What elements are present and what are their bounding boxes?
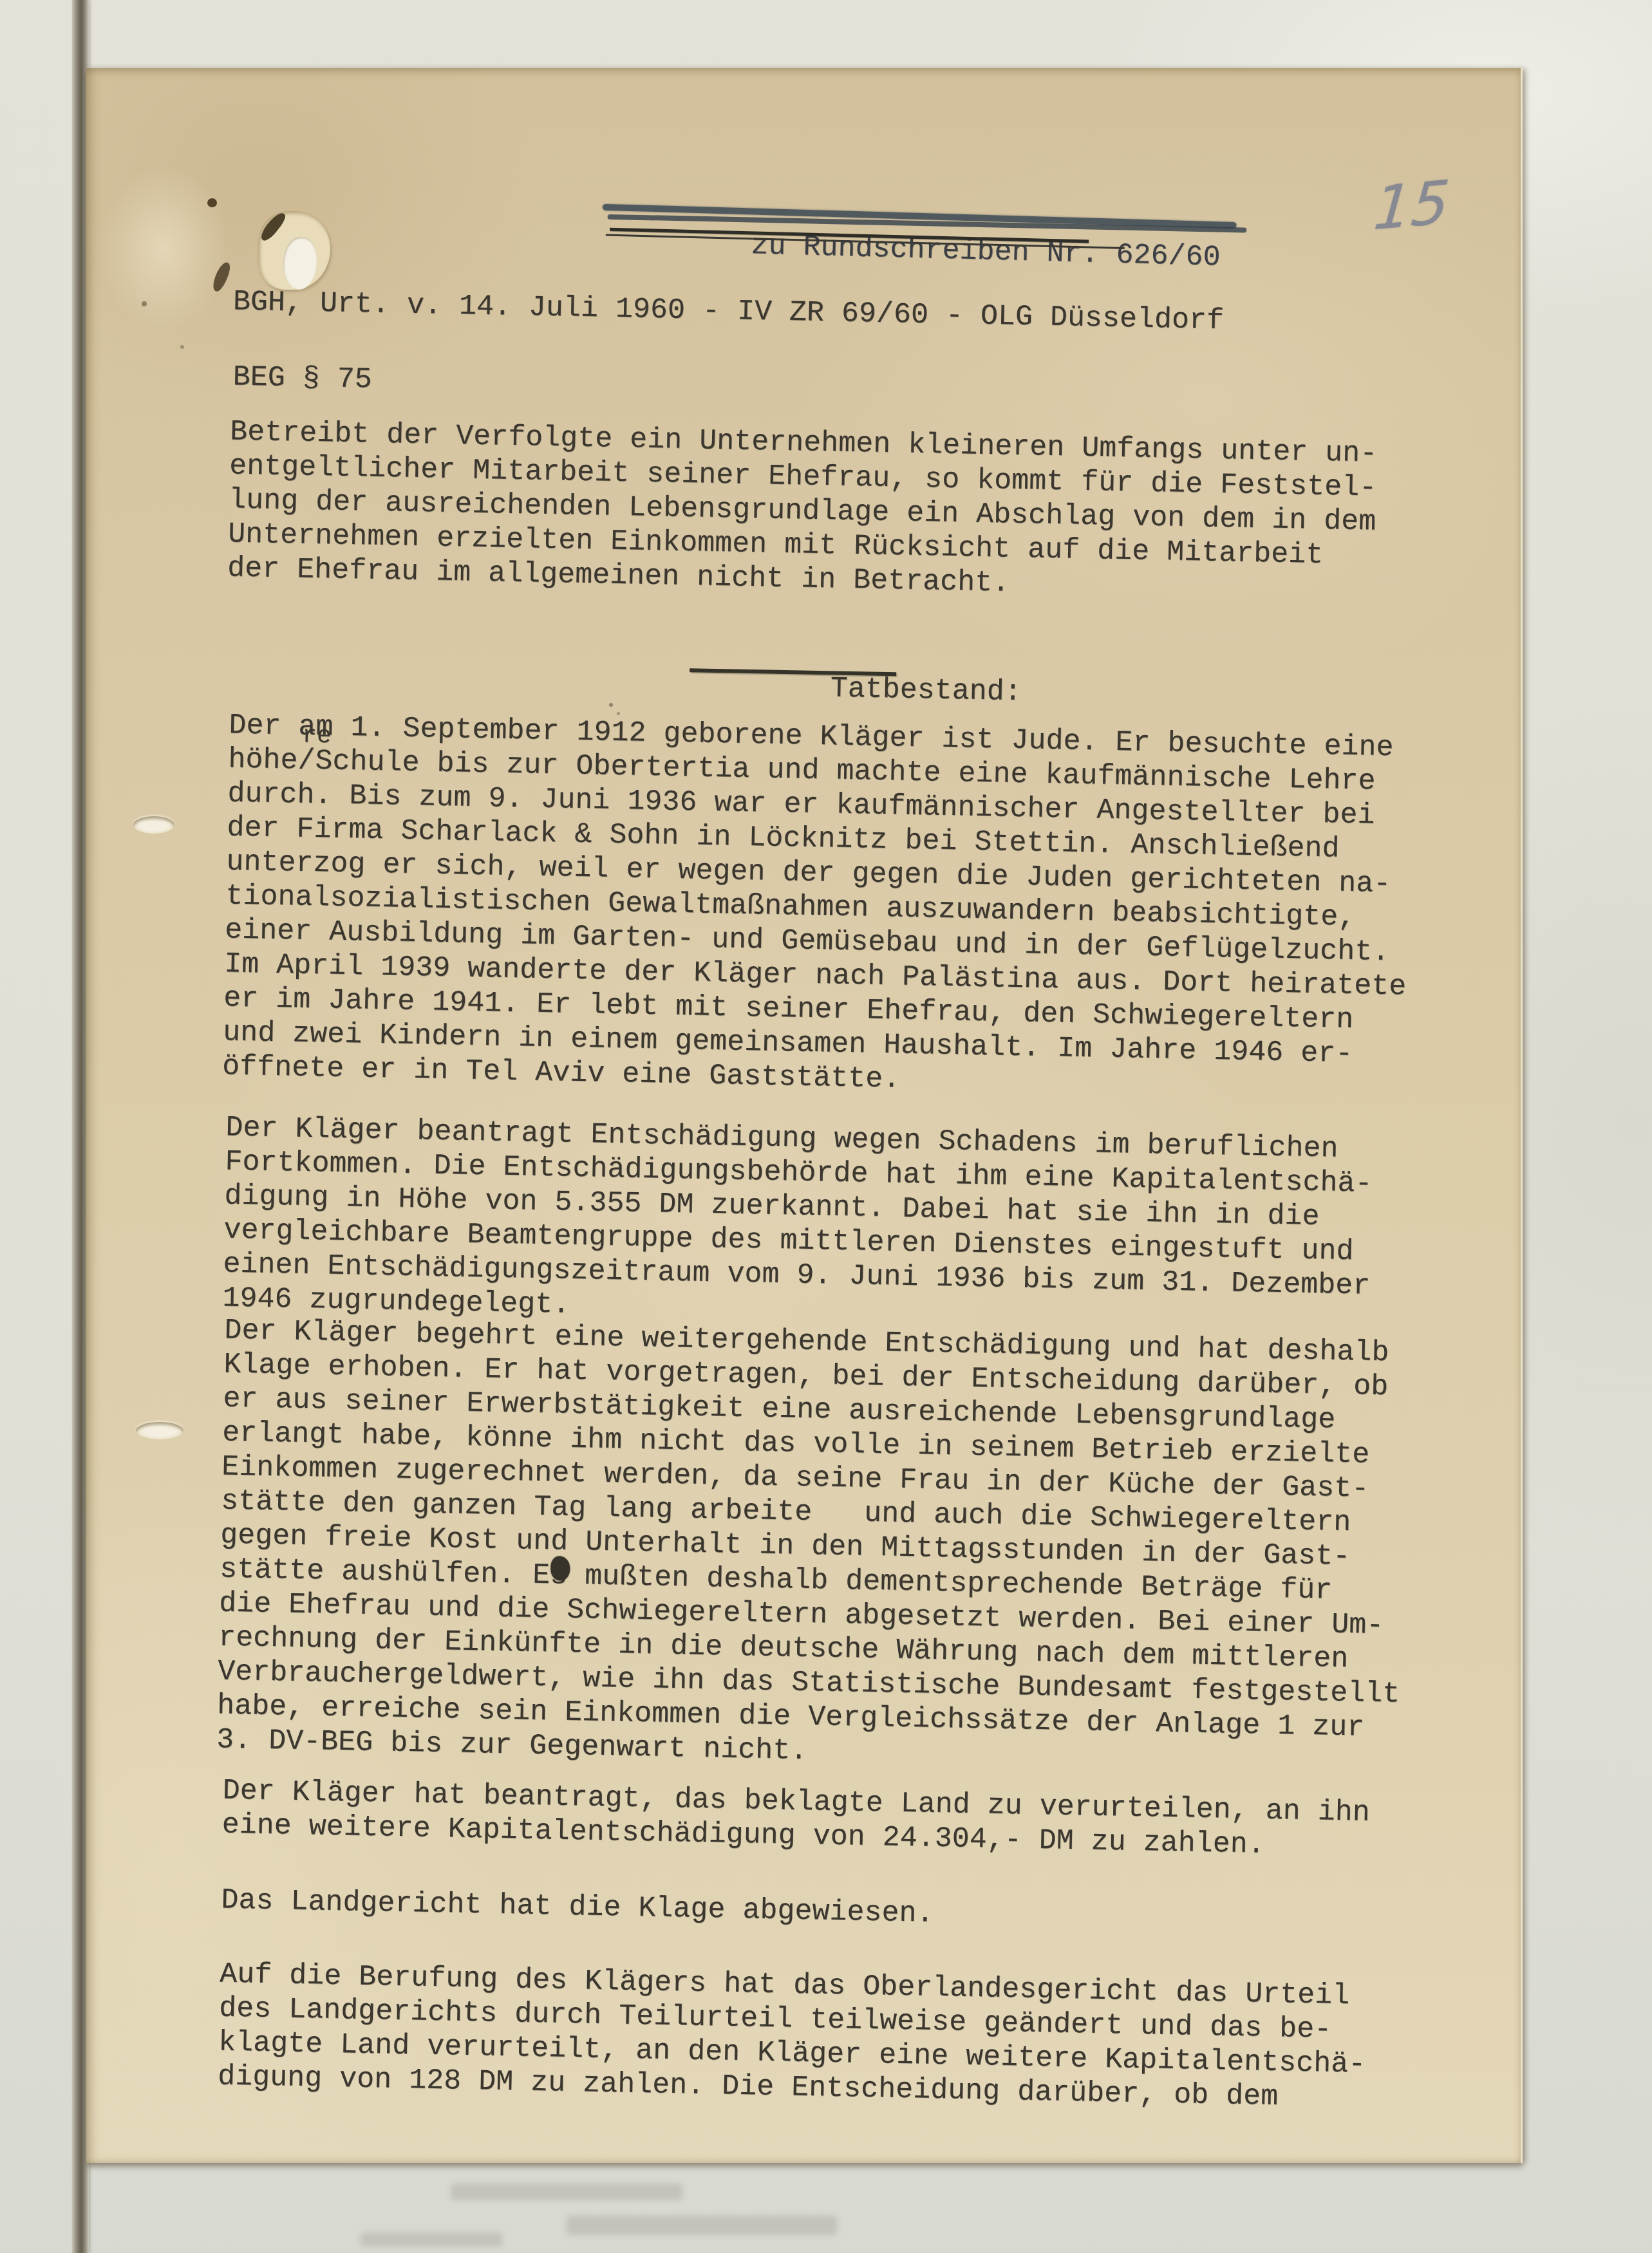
- paper-spot: [609, 703, 613, 707]
- document-scan: zu Rundschreiben Nr. 626/60 BGH, Urt. v.…: [0, 0, 1652, 2253]
- typed-underline: [690, 668, 896, 676]
- paragraph-facts-1: Der am 1. September 1912 geborene Kläger…: [222, 708, 1411, 1106]
- headnote: Betreibt der Verfolgte ein Unternehmen k…: [227, 415, 1378, 607]
- backing-emboss-mark: [451, 2183, 682, 2200]
- paper-spot: [617, 712, 620, 715]
- handwritten-page-number: 15: [1371, 167, 1452, 243]
- backing-emboss-mark: [567, 2216, 837, 2235]
- section-heading-text: Tatbestand:: [830, 672, 1022, 709]
- punch-hole: [133, 816, 174, 834]
- paragraph-facts-3: Der Kläger begehrt eine weitergehende En…: [216, 1313, 1407, 1779]
- paragraph-facts-2: Der Kläger beantragt Entschädigung wegen…: [222, 1110, 1373, 1337]
- document-page: zu Rundschreiben Nr. 626/60 BGH, Urt. v.…: [86, 68, 1523, 2163]
- paper-spot: [207, 198, 217, 207]
- typed-text-layer: zu Rundschreiben Nr. 626/60 BGH, Urt. v.…: [46, 68, 1521, 2190]
- ink-blot: [550, 1556, 570, 1581]
- paper-scrape: [99, 165, 228, 332]
- backing-emboss-mark: [361, 2232, 502, 2247]
- paragraph-facts-4: Der Kläger hat beantragt, das beklagte L…: [221, 1774, 1370, 1864]
- paragraph-facts-6: Auf die Berufung des Klägers hat das Obe…: [218, 1958, 1367, 2116]
- statute-reference: BEG § 75: [232, 360, 372, 397]
- paper-spot: [180, 345, 184, 349]
- paragraph-facts-5: Das Landgericht hat die Klage abgewiesen…: [221, 1884, 934, 1931]
- paper-spot: [142, 301, 147, 306]
- punch-hole: [136, 1422, 183, 1439]
